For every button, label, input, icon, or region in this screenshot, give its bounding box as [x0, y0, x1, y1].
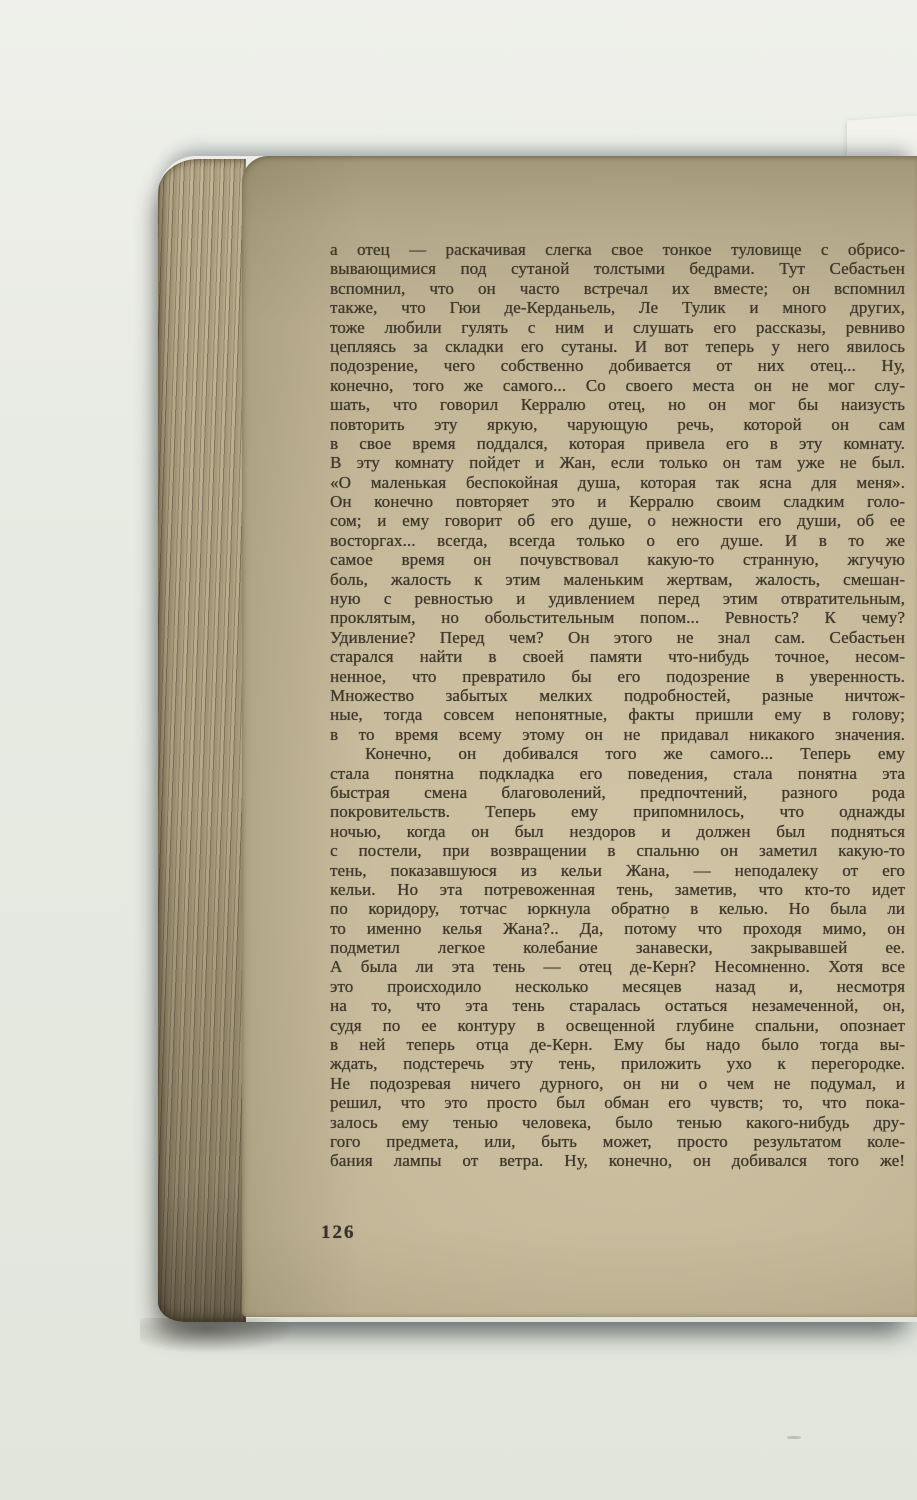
text-line: в свое время поддался, которая привела е… [330, 434, 905, 453]
text-line: вывающимися под сутаной толстыми бедрами… [330, 259, 905, 278]
text-line: а отец — раскачивая слегка свое тонкое т… [330, 240, 905, 259]
text-line: гого предмета, или, быть может, просто р… [330, 1132, 905, 1151]
text-line: ные, тогда совсем непонятные, факты приш… [330, 705, 905, 724]
text-line: ненное, что превратило бы его подозрение… [330, 667, 905, 686]
text-line: в ней теперь отца де-Керн. Ему бы надо б… [330, 1035, 905, 1054]
text-line: вспомнил, что он часто встречал их вмест… [330, 279, 905, 298]
book-page: а отец — раскачивая слегка свое тонкое т… [242, 156, 917, 1317]
text-line: также, что Гюи де-Керданьель, Ле Тулик и… [330, 298, 905, 317]
text-line: Удивление? Перед чем? Он этого не знал с… [330, 628, 905, 647]
book: а отец — раскачивая слегка свое тонкое т… [158, 156, 917, 1322]
paragraph: а отец — раскачивая слегка свое тонкое т… [330, 240, 905, 744]
text-line: «О маленькая беспокойная душа, которая т… [330, 473, 905, 492]
book-corner-shadow [140, 1318, 290, 1352]
text-line: по коридору, тотчас юркнула обратно в ке… [330, 899, 905, 918]
text-line: В эту комнату пойдет и Жан, если только … [330, 453, 905, 472]
text-line: ждать, подстеречь эту тень, приложить ух… [330, 1054, 905, 1073]
text-line: повторить эту яркую, чарующую речь, кото… [330, 415, 905, 434]
photo-backdrop: а отец — раскачивая слегка свое тонкое т… [0, 0, 917, 1500]
text-line: подозрение, чего собственно добивается о… [330, 356, 905, 375]
paragraph: Конечно, он добивался того же самого... … [330, 744, 905, 1171]
text-line: цепляясь за складки его сутаны. И вот те… [330, 337, 905, 356]
text-line: в то время всему этому он не придавал ни… [330, 725, 905, 744]
text-line: на то, что эта тень старалась остаться н… [330, 996, 905, 1015]
text-line: залось ему тенью человека, было тенью ка… [330, 1113, 905, 1132]
text-line: ную с ревностью и удивлением перед этим … [330, 589, 905, 608]
text-line: шать, что говорил Керралю отец, но он мо… [330, 395, 905, 414]
text-line: стала понятна подкладка его поведения, с… [330, 764, 905, 783]
text-line: Он конечно повторяет это и Керралю своим… [330, 492, 905, 511]
text-line: А была ли эта тень — отец де-Керн? Несом… [330, 957, 905, 976]
text-line: Конечно, он добивался того же самого... … [330, 744, 905, 763]
text-line: старался найти в своей памяти что-нибудь… [330, 647, 905, 666]
text-line: Не подозревая ничего дурного, он ни о че… [330, 1074, 905, 1093]
text-line: с постели, при возвращении в спальню он … [330, 841, 905, 860]
text-line: проклятым, но обольстительным попом... Р… [330, 608, 905, 627]
text-line: бания лампы от ветра. Ну, конечно, он до… [330, 1151, 905, 1170]
text-line: решил, что это просто был обман его чувс… [330, 1093, 905, 1112]
text-line: конечно, того же самого... Со своего мес… [330, 376, 905, 395]
text-line: Множество забытых мелких подробностей, р… [330, 686, 905, 705]
text-line: судя по ее контуру в освещенной глубине … [330, 1016, 905, 1035]
text-line: то именно келья Жана?.. Да, потому что п… [330, 919, 905, 938]
paper-blemish [787, 1436, 801, 1439]
text-line: ночью, когда он был нездоров и должен бы… [330, 822, 905, 841]
text-line: кельи. Но эта потревоженная тень, замети… [330, 880, 905, 899]
page-number: 126 [321, 1222, 356, 1244]
text-line: сом; и ему говорит об его душе, о нежнос… [330, 511, 905, 530]
text-line: подметил легкое колебание занавески, зак… [330, 938, 905, 957]
text-line: это происходило несколько месяцев назад … [330, 977, 905, 996]
text-line: восторгах... всегда, всегда только о его… [330, 531, 905, 550]
text-line: покровительств. Теперь ему припомнилось,… [330, 802, 905, 821]
text-line: тоже любили гулять с ним и слушать его р… [330, 318, 905, 337]
text-line: боль, жалость к этим маленьким жертвам, … [330, 570, 905, 589]
page-text-block: а отец — раскачивая слегка свое тонкое т… [330, 240, 905, 1171]
paper-blemish [662, 916, 666, 919]
text-line: быстрая смена благоволений, предпочтений… [330, 783, 905, 802]
page-edge-stack [158, 159, 246, 1322]
text-line: самое время он почувствовал какую-то стр… [330, 550, 905, 569]
text-line: тень, показавшуюся из кельи Жана, — непо… [330, 861, 905, 880]
